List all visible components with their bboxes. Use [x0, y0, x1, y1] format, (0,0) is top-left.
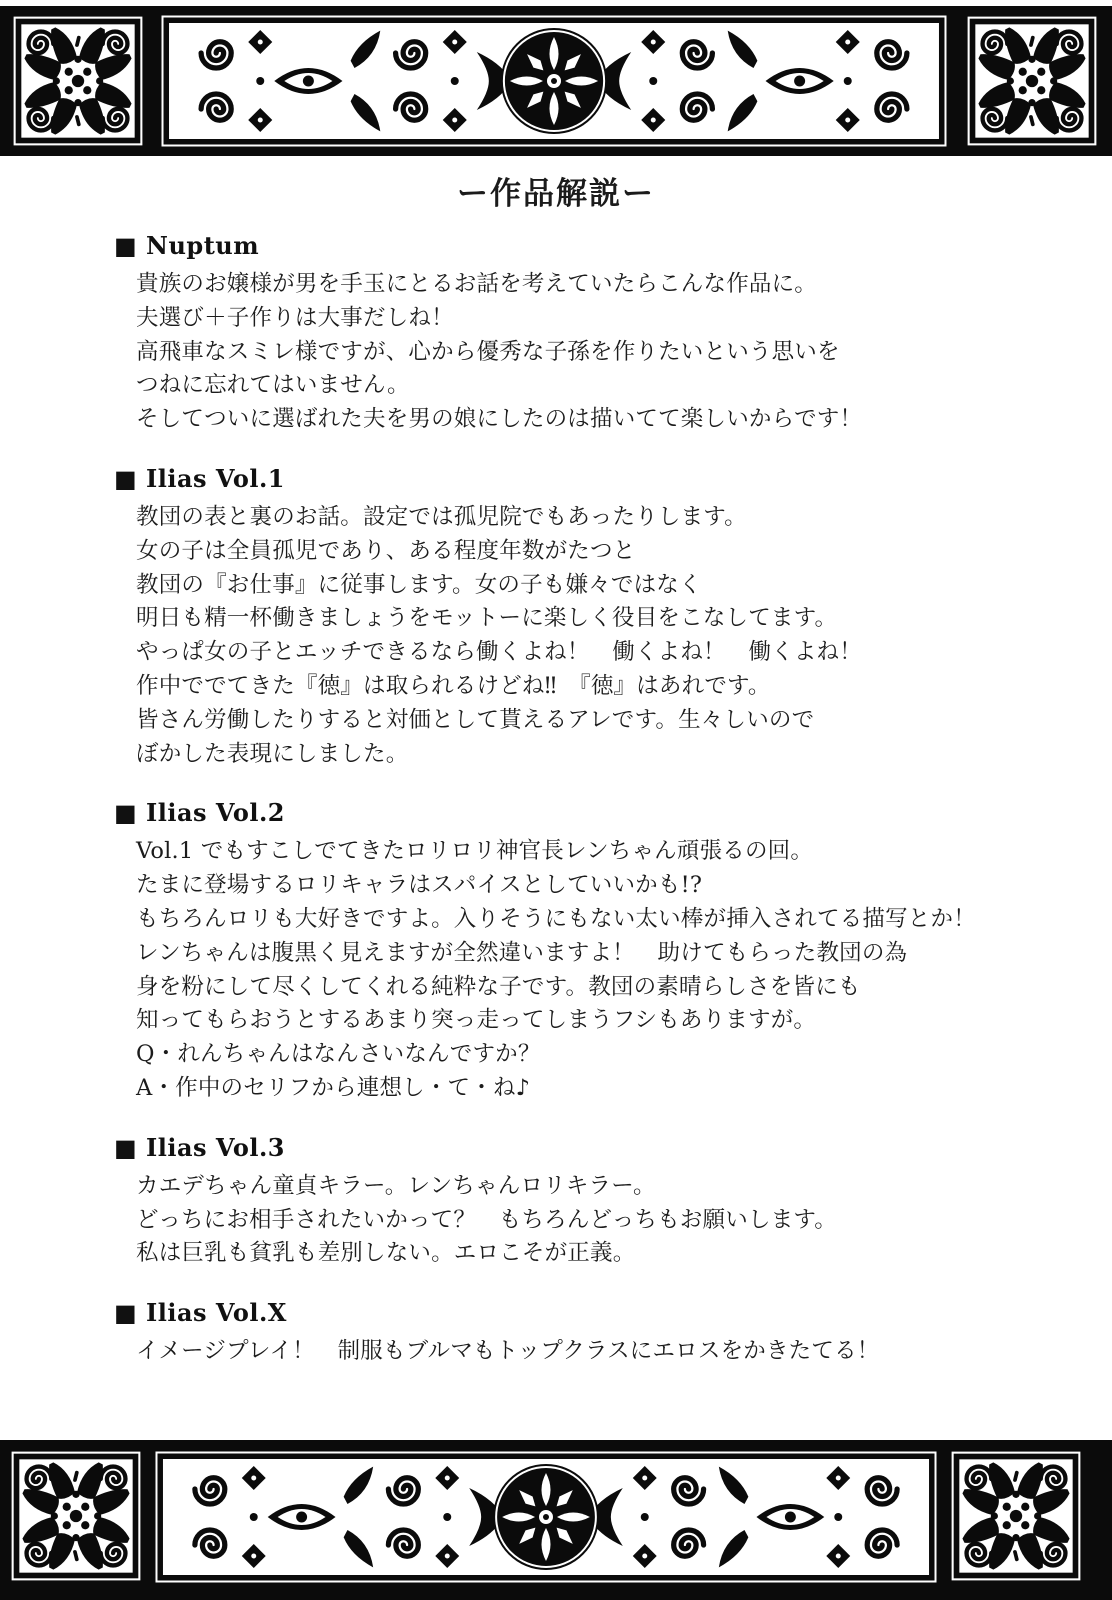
- scanned-page: { "page": { "title": "ー作品解説ー" }, "colors…: [0, 0, 1112, 1600]
- section-ilias-vol3: ■ Ilias Vol.3 カエデちゃん童貞キラー。レンちゃんロリキラー。 どっ…: [0, 1133, 1112, 1271]
- body-line: どっちにお相手されたいかって？ もちろんどっちもお願いします。: [114, 1204, 1112, 1238]
- bottom-center-scroll-ornament: [152, 1448, 940, 1586]
- body-line: イメージプレイ！ 制服もブルマもトップクラスにエロスをかきたてる！: [114, 1335, 1112, 1369]
- body-line: 私は巨乳も貧乳も差別しない。エロこそが正義。: [114, 1237, 1112, 1271]
- section-ilias-volx: ■ Ilias Vol.X イメージプレイ！ 制服もブルマもトップクラスにエロス…: [0, 1298, 1112, 1369]
- body-line: Q・れんちゃんはなんさいなんですか？: [114, 1038, 1112, 1072]
- body-line: 女の子は全員孤児であり、ある程度年数がたつと: [114, 535, 1112, 569]
- body-line: 明日も精一杯働きましょうをモットーに楽しく役目をこなしてます。: [114, 602, 1112, 636]
- body-line: つねに忘れてはいません。: [114, 369, 1112, 403]
- body-line: 皆さん労働したりすると対価として貰えるアレです。生々しいので: [114, 704, 1112, 738]
- body-line: たまに登場するロリキャラはスパイスとしていいかも!?: [114, 869, 1112, 903]
- bottom-border-band: [0, 1440, 1112, 1600]
- commentary-content: ー作品解説ー ■ Nuptum 貴族のお嬢様が男を手玉にとるお話を考えていたらこ…: [0, 168, 1112, 1396]
- bottom-left-scroll-ornament: [8, 1448, 144, 1584]
- top-right-scroll-ornament: [964, 13, 1100, 149]
- body-line: A・作中のセリフから連想し・て・ね♪: [114, 1072, 1112, 1106]
- top-center-scroll-ornament: [158, 12, 950, 150]
- page-title: ー作品解説ー: [0, 168, 1112, 213]
- body-line: 身を粉にして尽くしてくれる純粋な子です。教団の素晴らしさを皆にも: [114, 971, 1112, 1005]
- bottom-right-scroll-ornament: [948, 1448, 1084, 1584]
- body-line: もちろんロリも大好きですよ。入りそうにもない太い棒が挿入されてる描写とか！: [114, 903, 1112, 937]
- body-line: 高飛車なスミレ様ですが、心から優秀な子孫を作りたいという思いを: [114, 336, 1112, 370]
- section-ilias-vol1: ■ Ilias Vol.1 教団の表と裏のお話。設定では孤児院でもあったりします…: [0, 464, 1112, 771]
- body-line: 知ってもらおうとするあまり突っ走ってしまうフシもありますが。: [114, 1004, 1112, 1038]
- body-line: カエデちゃん童貞キラー。レンちゃんロリキラー。: [114, 1170, 1112, 1204]
- section-heading: ■ Ilias Vol.X: [114, 1298, 1112, 1327]
- body-line: 夫選び＋子作りは大事だしね！: [114, 302, 1112, 336]
- body-line: ぼかした表現にしました。: [114, 738, 1112, 772]
- section-ilias-vol2: ■ Ilias Vol.2 Vol.1 でもすこしでてきたロリロリ神官長レンちゃ…: [0, 798, 1112, 1105]
- section-heading: ■ Ilias Vol.1: [114, 464, 1112, 493]
- section-heading: ■ Ilias Vol.2: [114, 798, 1112, 827]
- body-line: 貴族のお嬢様が男を手玉にとるお話を考えていたらこんな作品に。: [114, 268, 1112, 302]
- top-border-band: [0, 6, 1112, 156]
- body-line: Vol.1 でもすこしでてきたロリロリ神官長レンちゃん頑張るの回。: [114, 835, 1112, 869]
- top-left-scroll-ornament: [10, 13, 146, 149]
- body-line: 作中ででてきた『徳』は取られるけどね‼ 『徳』はあれです。: [114, 670, 1112, 704]
- body-line: 教団の表と裏のお話。設定では孤児院でもあったりします。: [114, 501, 1112, 535]
- body-line: レンちゃんは腹黒く見えますが全然違いますよ！ 助けてもらった教団の為: [114, 937, 1112, 971]
- section-nuptum: ■ Nuptum 貴族のお嬢様が男を手玉にとるお話を考えていたらこんな作品に。 …: [0, 231, 1112, 437]
- section-heading: ■ Ilias Vol.3: [114, 1133, 1112, 1162]
- section-heading: ■ Nuptum: [114, 231, 1112, 260]
- body-line: やっぱ女の子とエッチできるなら働くよね！ 働くよね！ 働くよね！: [114, 636, 1112, 670]
- body-line: 教団の『お仕事』に従事します。女の子も嫌々ではなく: [114, 569, 1112, 603]
- body-line: そしてついに選ばれた夫を男の娘にしたのは描いてて楽しいからです！: [114, 403, 1112, 437]
